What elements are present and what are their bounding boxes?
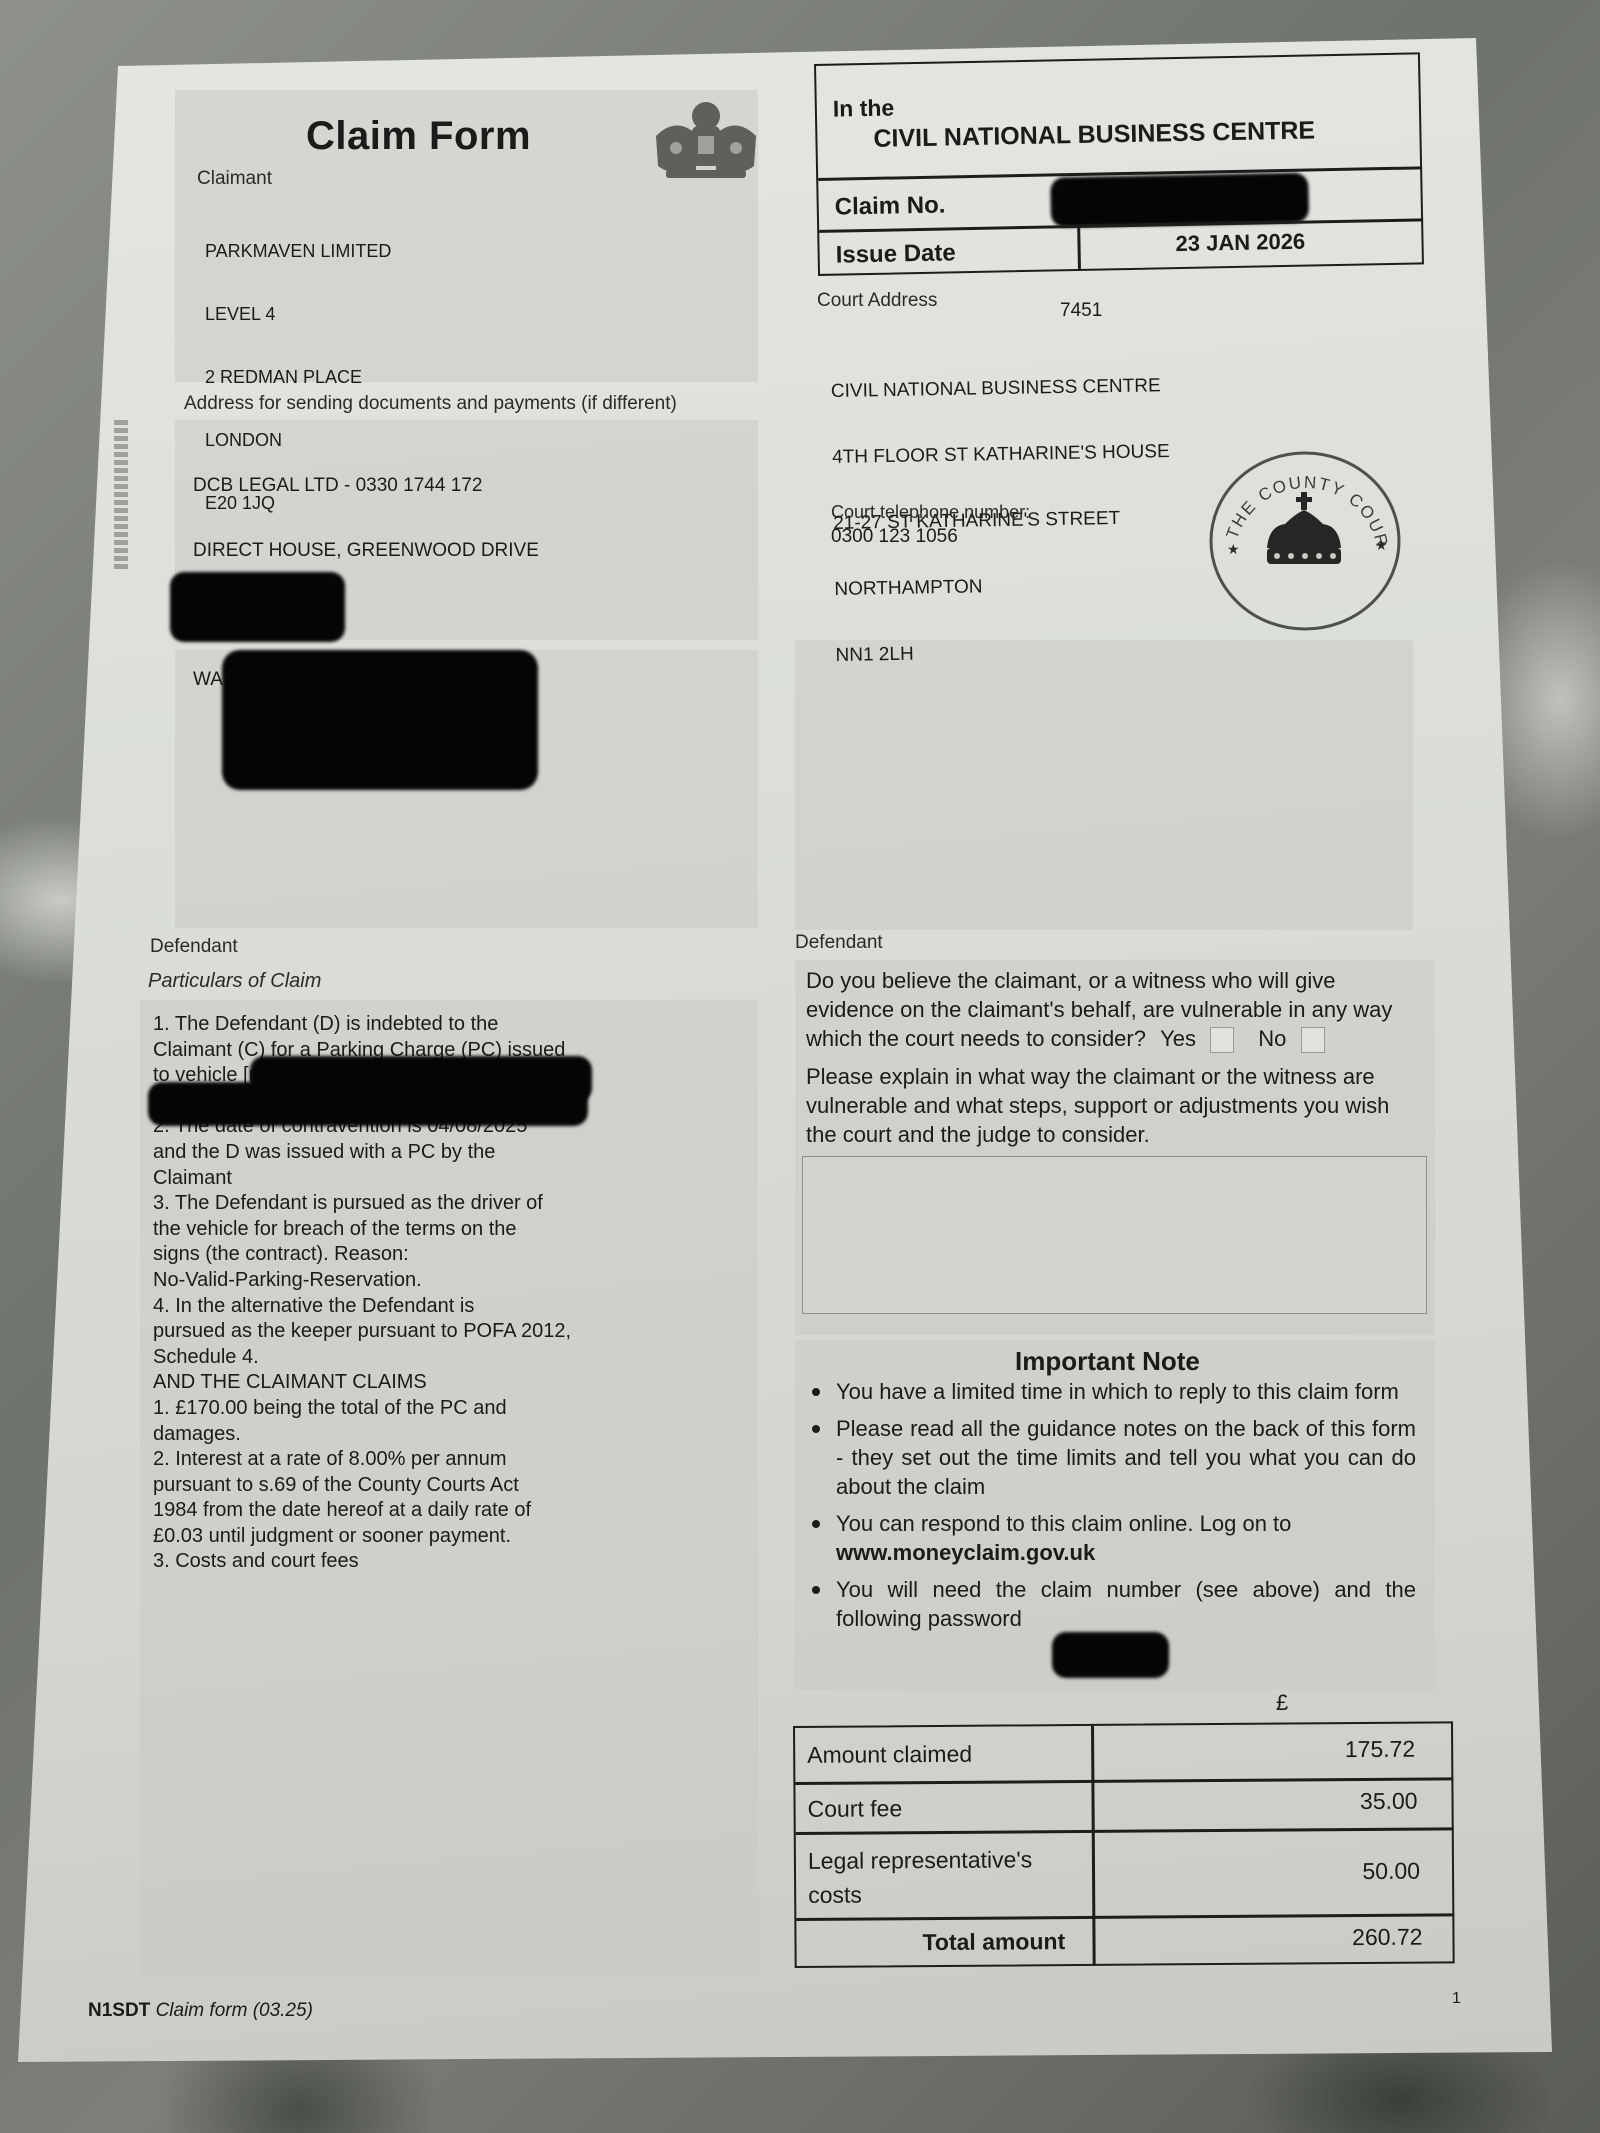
important-note-heading: Important Note <box>1015 1346 1200 1377</box>
moneyclaim-link[interactable]: www.moneyclaim.gov.uk <box>836 1540 1095 1565</box>
claimant-address-line: 2 REDMAN PLACE <box>205 367 391 388</box>
redacted-claim-number <box>1050 173 1309 228</box>
court-address-line: CIVIL NATIONAL BUSINESS CENTRE <box>831 375 1169 403</box>
currency-header: £ <box>1276 1690 1288 1716</box>
claimant-address-line: PARKMAVEN LIMITED <box>205 241 391 262</box>
sending-address-line: DIRECT HOUSE, GREENWOOD DRIVE <box>193 540 539 562</box>
yes-checkbox[interactable] <box>1210 1027 1234 1053</box>
court-fee-value: 35.00 <box>1360 1788 1418 1815</box>
important-note-item: You can respond to this claim online. Lo… <box>806 1509 1416 1567</box>
particulars-line: Schedule 4. <box>153 1345 633 1371</box>
svg-text:★: ★ <box>1227 541 1240 557</box>
particulars-line: 3. The Defendant is pursued as the drive… <box>153 1191 633 1217</box>
form-name: Claim form (03.25) <box>156 2000 313 2021</box>
issue-date-label: Issue Date <box>835 239 956 269</box>
claim-form-paper: Claim Form Claimant PARKMAVEN LIMITED LE… <box>0 0 1600 2133</box>
court-code: 7451 <box>1060 300 1102 322</box>
redacted-vehicle-registration-line2 <box>148 1082 588 1126</box>
vulnerability-question: Do you believe the claimant, or a witnes… <box>806 966 1418 1053</box>
particulars-line: 3. Costs and court fees <box>153 1549 633 1575</box>
no-checkbox[interactable] <box>1301 1027 1325 1053</box>
issue-date-value: 23 JAN 2026 <box>1175 229 1305 257</box>
particulars-line: 1. The Defendant (D) is indebted to the <box>153 1012 633 1038</box>
particulars-line: Claimant <box>153 1166 633 1192</box>
yes-label: Yes <box>1160 1026 1196 1051</box>
particulars-line: pursuant to s.69 of the County Courts Ac… <box>153 1473 633 1499</box>
county-court-seal: THE COUNTY COURT ★ ★ <box>1205 448 1405 634</box>
particulars-line: signs (the contract). Reason: <box>153 1242 633 1268</box>
particulars-line: 1984 from the date hereof at a daily rat… <box>153 1498 633 1524</box>
sending-address-label: Address for sending documents and paymen… <box>184 393 677 415</box>
particulars-line: AND THE CLAIMANT CLAIMS <box>153 1370 633 1396</box>
vulnerability-explain-prompt: Please explain in what way the claimant … <box>806 1062 1418 1149</box>
total-amount-value: 260.72 <box>1352 1924 1423 1951</box>
claimant-address-line: LEVEL 4 <box>205 304 391 325</box>
form-footer: N1SDT Claim form (03.25) <box>88 2000 313 2022</box>
court-telephone-label: Court telephone number: <box>831 502 1030 523</box>
particulars-line: the vehicle for breach of the terms on t… <box>153 1217 633 1243</box>
defendant-label-left: Defendant <box>150 936 238 958</box>
redacted-password <box>1052 1632 1169 1678</box>
amount-claimed-value: 175.72 <box>1345 1736 1416 1763</box>
particulars-line: pursued as the keeper pursuant to POFA 2… <box>153 1319 633 1345</box>
particulars-line: 4. In the alternative the Defendant is <box>153 1294 633 1320</box>
court-address-line: NN1 2LH <box>835 639 1173 667</box>
royal-coat-of-arms-icon <box>646 96 766 182</box>
form-code: N1SDT <box>88 2000 150 2021</box>
amounts-table: Amount claimed 175.72 Court fee 35.00 Le… <box>793 1721 1455 1968</box>
vulnerability-explain-field[interactable] <box>802 1156 1427 1314</box>
important-note-list: You have a limited time in which to repl… <box>806 1377 1416 1641</box>
particulars-label: Particulars of Claim <box>148 970 321 993</box>
important-note-item: Please read all the guidance notes on th… <box>806 1414 1416 1501</box>
redacted-defendant-address <box>222 650 538 790</box>
claimant-label: Claimant <box>197 168 272 190</box>
defendant-label-right: Defendant <box>795 932 883 954</box>
important-note-item: You have a limited time in which to repl… <box>806 1377 1416 1406</box>
legal-costs-value: 50.00 <box>1362 1858 1420 1885</box>
claim-no-label: Claim No. <box>834 192 945 222</box>
court-address-line: 4TH FLOOR ST KATHARINE'S HOUSE <box>832 441 1170 469</box>
redacted-defendant-name <box>170 572 345 642</box>
court-telephone-value: 0300 123 1056 <box>831 526 958 548</box>
amount-claimed-label: Amount claimed <box>807 1741 972 1769</box>
form-title: Claim Form <box>306 114 531 159</box>
in-the-label: In the <box>833 94 895 122</box>
legal-costs-label: Legal representative's costs <box>808 1842 1068 1912</box>
total-amount-label: Total amount <box>922 1928 1065 1956</box>
sending-address-line: DCB LEGAL LTD - 0330 1744 172 <box>193 475 539 497</box>
court-name: CIVIL NATIONAL BUSINESS CENTRE <box>873 116 1315 153</box>
no-label: No <box>1258 1026 1286 1051</box>
particulars-line: 2. Interest at a rate of 8.00% per annum <box>153 1447 633 1473</box>
particulars-line: and the D was issued with a PC by the <box>153 1140 633 1166</box>
crown-icon <box>1267 492 1341 564</box>
page-number: 1 <box>1452 1990 1461 2008</box>
court-details-box: In the CIVIL NATIONAL BUSINESS CENTRE Cl… <box>814 52 1424 276</box>
particulars-line: damages. <box>153 1422 633 1448</box>
court-fee-label: Court fee <box>807 1795 902 1823</box>
particulars-line: £0.03 until judgment or sooner payment. <box>153 1524 633 1550</box>
svg-text:★: ★ <box>1375 537 1388 553</box>
court-address-line: NORTHAMPTON <box>834 573 1172 601</box>
important-note-item: You will need the claim number (see abov… <box>806 1575 1416 1633</box>
side-reference-barcode-text <box>114 420 128 570</box>
particulars-line: 1. £170.00 being the total of the PC and <box>153 1396 633 1422</box>
particulars-line: No-Valid-Parking-Reservation. <box>153 1268 633 1294</box>
court-address-label: Court Address <box>817 290 937 312</box>
